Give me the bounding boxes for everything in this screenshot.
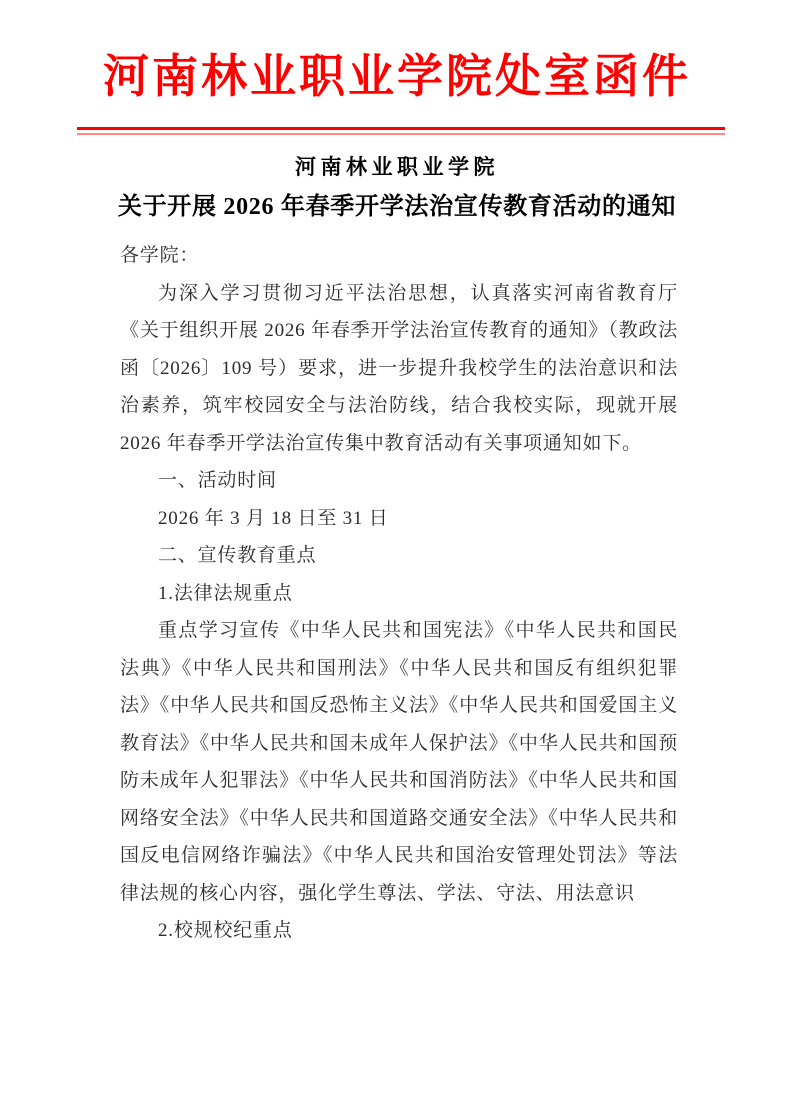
subsection-heading-school-rules: 2.校规校纪重点 bbox=[120, 912, 678, 950]
section-heading-education-focus: 二、宣传教育重点 bbox=[120, 537, 678, 575]
body-paragraph-law-list: 重点学习宣传《中华人民共和国宪法》《中华人民共和国民法典》《中华人民共和国刑法》… bbox=[120, 612, 678, 912]
document-body: 各学院： 为深入学习贯彻习近平法治思想，认真落实河南省教育厅《关于组织开展 20… bbox=[120, 237, 678, 950]
rule-bottom-line bbox=[77, 133, 725, 135]
body-paragraph-intro: 为深入学习贯彻习近平法治思想，认真落实河南省教育厅《关于组织开展 2026 年春… bbox=[120, 275, 678, 463]
document-page: 河南林业职业学院处室函件 河南林业职业学院 关于开展 2026 年春季开学法治宣… bbox=[0, 0, 794, 1108]
document-title-subject: 关于开展 2026 年春季开学法治宣传教育活动的通知 bbox=[0, 190, 794, 224]
section-heading-activity-time: 一、活动时间 bbox=[120, 462, 678, 500]
letterhead-double-rule bbox=[77, 127, 725, 135]
subsection-heading-laws: 1.法律法规重点 bbox=[120, 575, 678, 613]
body-paragraph-date-range: 2026 年 3 月 18 日至 31 日 bbox=[120, 500, 678, 538]
salutation: 各学院： bbox=[120, 237, 678, 275]
document-title-organization: 河南林业职业学院 bbox=[0, 152, 794, 182]
letterhead-banner: 河南林业职业学院处室函件 bbox=[0, 52, 794, 102]
